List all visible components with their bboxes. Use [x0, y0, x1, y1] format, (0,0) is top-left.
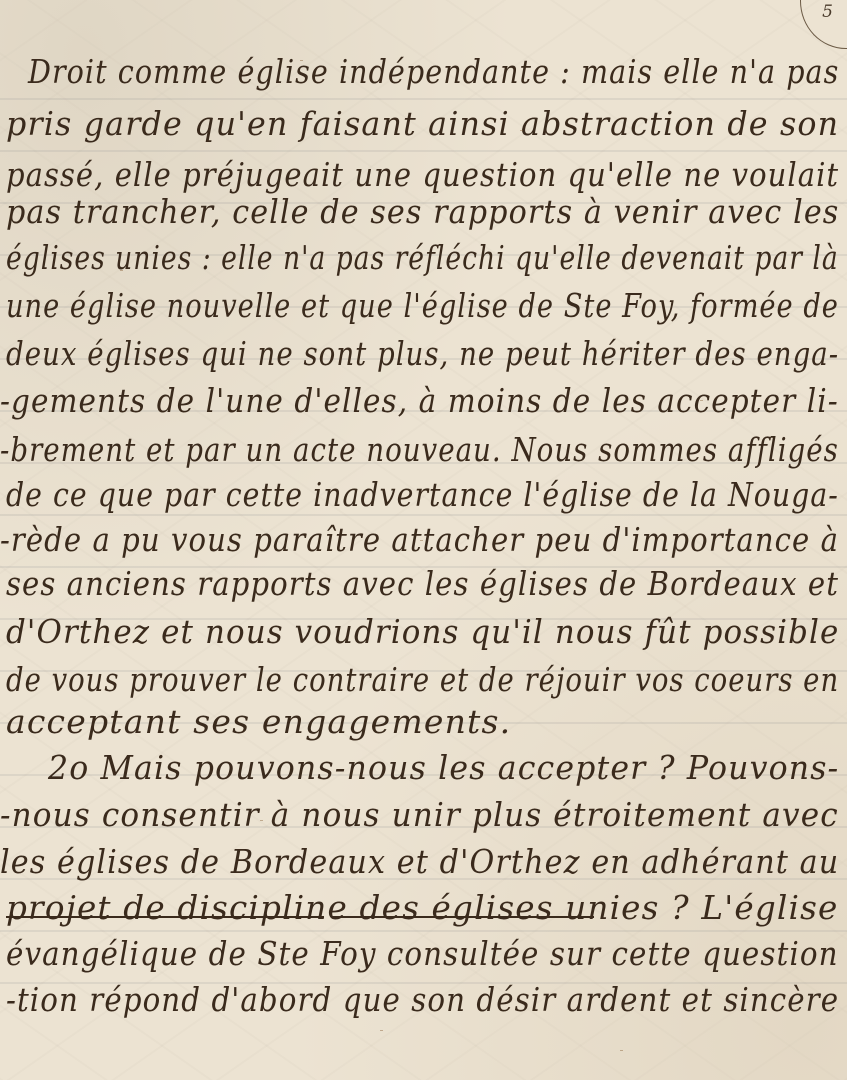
underline-projet-de-discipline — [6, 916, 324, 918]
ruled-line — [0, 150, 847, 152]
underline-des-eglises-unies — [332, 916, 594, 918]
text-line-4: pas trancher, celle de ses rapports à ve… — [6, 192, 839, 232]
paper-fleck — [420, 540, 423, 541]
paper-fleck — [260, 820, 263, 821]
text-line-13: d'Orthez et nous voudrions qu'il nous fû… — [6, 612, 839, 652]
text-line-21: -tion répond d'abord que son désir arden… — [6, 980, 839, 1020]
text-line-16: 2o Mais pouvons-nous les accepter ? Pouv… — [48, 748, 839, 788]
paper-fleck — [120, 270, 123, 271]
page-number: 5 — [822, 2, 833, 22]
paper-fleck — [780, 690, 783, 691]
text-line-3: passé, elle préjugeait une question qu'e… — [6, 155, 839, 195]
ruled-line — [0, 930, 847, 932]
text-line-8: -gements de l'une d'elles, à moins de le… — [0, 381, 839, 421]
text-line-15: acceptant ses engagements. — [6, 702, 511, 742]
paper-fleck — [380, 1030, 383, 1031]
paper-fleck — [700, 400, 703, 401]
text-line-18: les églises de Bordeaux et d'Orthez en a… — [0, 842, 839, 882]
paper-fleck — [520, 130, 523, 131]
text-line-10: de ce que par cette inadvertance l'églis… — [6, 475, 839, 515]
text-line-7: deux églises qui ne sont plus, ne peut h… — [6, 334, 839, 374]
text-line-2: pris garde qu'en faisant ainsi abstracti… — [6, 104, 839, 144]
text-line-12: ses anciens rapports avec les églises de… — [6, 564, 839, 604]
text-line-6: une église nouvelle et que l'église de S… — [6, 286, 839, 326]
ruled-line — [0, 98, 847, 100]
text-line-20: évangélique de Ste Foy consultée sur cet… — [6, 934, 839, 974]
text-line-5: églises unies : elle n'a pas réfléchi qu… — [6, 238, 839, 278]
paper-fleck — [300, 60, 303, 61]
text-line-19: projet de discipline des églises unies ?… — [6, 888, 839, 928]
text-line-17: -nous consentir à nous unir plus étroite… — [0, 795, 839, 835]
manuscript-page: 5 Droit comme église indépendante : mais… — [0, 0, 847, 1080]
text-line-1: Droit comme église indépendante : mais e… — [28, 52, 839, 92]
text-line-9: -brement et par un acte nouveau. Nous so… — [0, 430, 839, 470]
text-line-14: de vous prouver le contraire et de réjou… — [6, 660, 839, 700]
paper-fleck — [620, 1050, 623, 1051]
